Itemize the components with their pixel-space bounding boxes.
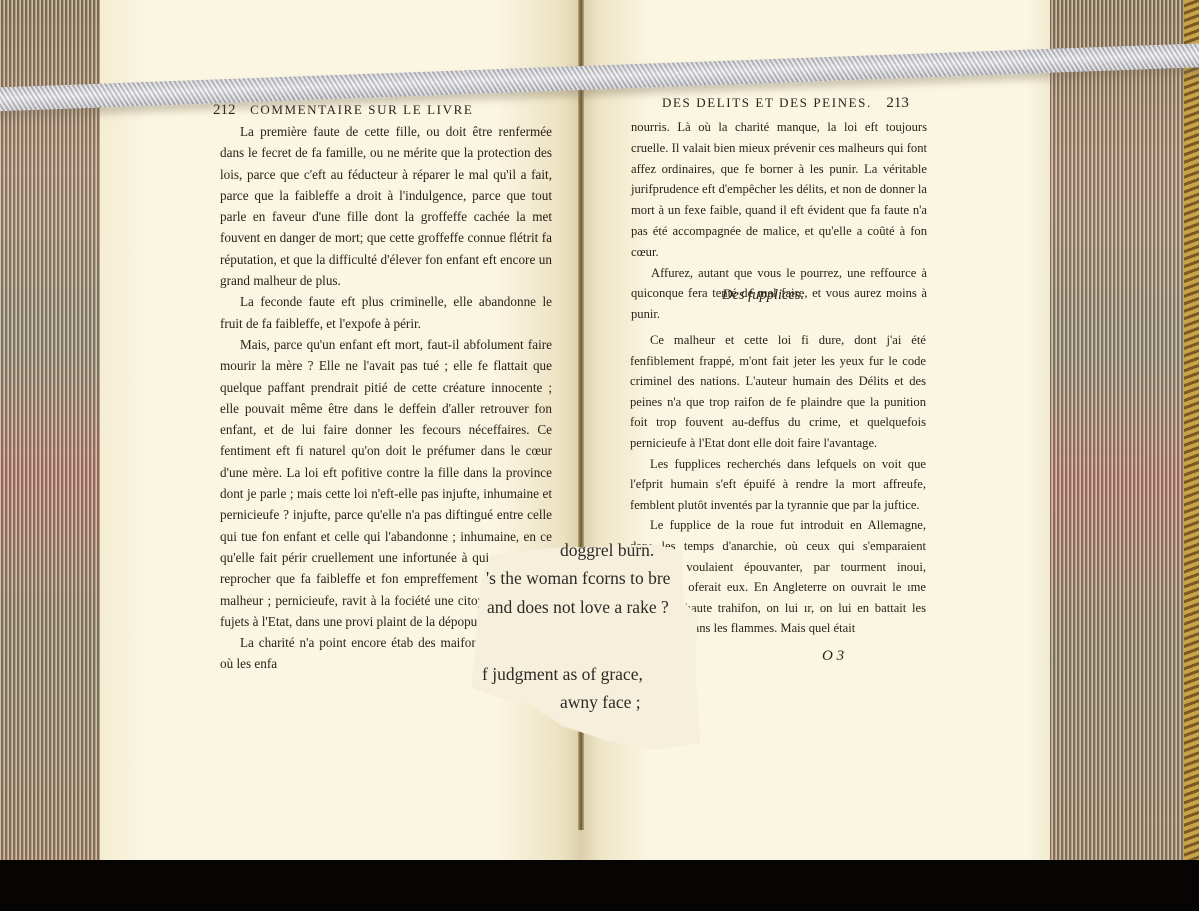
scrap-line: doggrel burn.: [560, 540, 654, 561]
page-edges-left: [0, 0, 108, 860]
left-running-head: 212 COMMENTAIRE SUR LE LIVRE: [213, 102, 473, 119]
paragraph: La première faute de cette fille, ou doi…: [220, 121, 552, 291]
right-running-title: DES DELITS ET DES PEINES.: [662, 95, 872, 110]
paragraph: Ce malheur et cette loi fi dure, dont j'…: [630, 330, 926, 454]
paragraph: nourris. Là où la charité manque, la loi…: [631, 117, 927, 263]
left-running-title: COMMENTAIRE SUR LE LIVRE: [250, 102, 473, 117]
scrap-line: 's the woman fcorns to bre: [486, 568, 670, 589]
right-page-number: 213: [886, 95, 909, 111]
paragraph: La feconde faute eft plus criminelle, el…: [220, 291, 552, 334]
scrap-line: f judgment as of grace,: [482, 664, 643, 685]
paragraph: Les fupplices recherchés dans lefquels o…: [630, 454, 926, 516]
section-title: Des fupplices.: [722, 287, 804, 304]
gold-cord: [1184, 0, 1199, 860]
signature-mark: O 3: [822, 648, 844, 665]
scrap-line: and does not love a rake ?: [487, 597, 669, 618]
background-shadow: [0, 860, 1199, 911]
page-edges-right: [1048, 0, 1184, 875]
right-running-head: DES DELITS ET DES PEINES. 213: [662, 95, 909, 112]
left-page-number: 212: [213, 102, 236, 118]
scrap-line: awny face ;: [560, 692, 641, 713]
